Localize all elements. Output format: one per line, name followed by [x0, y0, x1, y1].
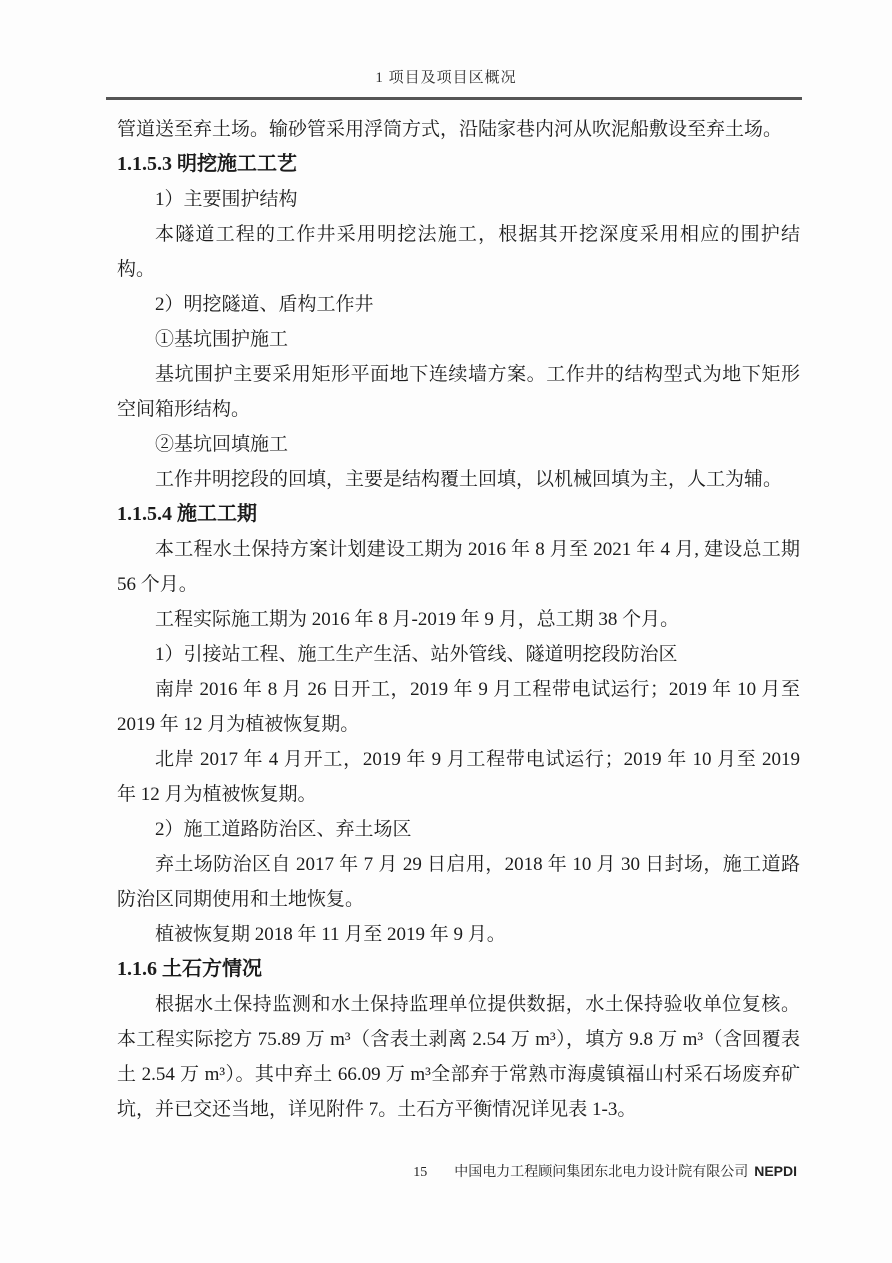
document-body: 管道送至弃土场。输砂管采用浮筒方式，沿陆家巷内河从吹泥船敷设至弃土场。 1.1.… [117, 112, 800, 1127]
page-number: 15 [413, 1165, 427, 1181]
body-paragraph: 本隧道工程的工作井采用明挖法施工，根据其开挖深度采用相应的围护结构。 [117, 217, 800, 287]
footer-company: 中国电力工程顾问集团东北电力设计院有限公司NEPDI [454, 1161, 797, 1181]
body-paragraph: ②基坑回填施工 [117, 427, 800, 462]
running-header-title: 1 项目及项目区概况 [0, 66, 892, 87]
body-paragraph: 基坑围护主要采用矩形平面地下连续墙方案。工作井的结构型式为地下矩形空间箱形结构。 [117, 357, 800, 427]
section-heading: 1.1.5.4 施工工期 [117, 497, 800, 532]
body-paragraph: 1）引接站工程、施工生产生活、站外管线、隧道明挖段防治区 [117, 637, 800, 672]
section-heading: 1.1.6 土石方情况 [117, 952, 800, 987]
body-paragraph: 本工程水土保持方案计划建设工期为 2016 年 8 月至 2021 年 4 月,… [117, 532, 800, 602]
footer-company-cn: 中国电力工程顾问集团东北电力设计院有限公司 [454, 1165, 748, 1180]
body-paragraph: ①基坑围护施工 [117, 322, 800, 357]
body-paragraph: 植被恢复期 2018 年 11 月至 2019 年 9 月。 [117, 917, 800, 952]
continuation-paragraph: 管道送至弃土场。输砂管采用浮筒方式，沿陆家巷内河从吹泥船敷设至弃土场。 [117, 112, 800, 147]
body-paragraph: 弃土场防治区自 2017 年 7 月 29 日启用，2018 年 10 月 30… [117, 847, 800, 917]
body-paragraph: 1）主要围护结构 [117, 182, 800, 217]
section-heading: 1.1.5.3 明挖施工工艺 [117, 147, 800, 182]
page-footer: 15 中国电力工程顾问集团东北电力设计院有限公司NEPDI [413, 1161, 797, 1181]
body-paragraph: 北岸 2017 年 4 月开工，2019 年 9 月工程带电试运行；2019 年… [117, 742, 800, 812]
body-paragraph: 2）明挖隧道、盾构工作井 [117, 287, 800, 322]
footer-company-en: NEPDI [754, 1163, 797, 1179]
body-paragraph: 南岸 2016 年 8 月 26 日开工，2019 年 9 月工程带电试运行；2… [117, 672, 800, 742]
body-paragraph: 工作井明挖段的回填，主要是结构覆土回填，以机械回填为主，人工为辅。 [117, 462, 800, 497]
body-paragraph: 工程实际施工期为 2016 年 8 月-2019 年 9 月，总工期 38 个月… [117, 602, 800, 637]
body-paragraph: 根据水土保持监测和水土保持监理单位提供数据，水土保持验收单位复核。本工程实际挖方… [117, 987, 800, 1127]
document-page: 1 项目及项目区概况 管道送至弃土场。输砂管采用浮筒方式，沿陆家巷内河从吹泥船敷… [0, 0, 892, 1263]
body-paragraph: 2）施工道路防治区、弃土场区 [117, 812, 800, 847]
header-rule [106, 97, 802, 100]
